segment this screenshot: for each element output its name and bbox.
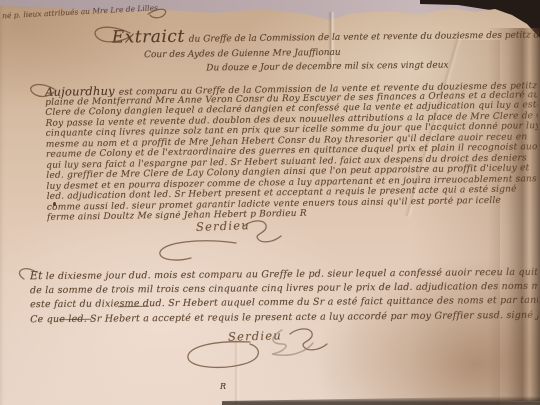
paragraph-1: Aujourdhuyest comparu au Greffe de la Co… (45, 79, 539, 223)
heading-line-2: Cour des Aydes de Guienne Mre Jauffionau (144, 45, 540, 60)
stray-ink-mark: R (220, 382, 226, 391)
ink-speck (53, 202, 56, 206)
heading-line-1: Extraictdu Greffe de la Commission de la… (112, 22, 540, 46)
manuscript-photo: né p. lieux attribués au Mre Lre de Lill… (0, 0, 540, 405)
paragraph-2: Etle dixiesme jour dud. mois est comparu… (30, 265, 538, 328)
signature-bottom: Serdieu (228, 328, 282, 343)
document-heading: Extraictdu Greffe de la Commission de la… (112, 22, 540, 74)
heading-line-1-text: du Greffe de la Commission de la vente e… (189, 29, 540, 45)
paragraph-2-initial-word: Et (30, 269, 43, 282)
paragraph-1-initial-word: Aujourdhuy (45, 84, 115, 98)
signature-middle: Serdieu (196, 218, 250, 234)
heading-initial-word: Extraict (112, 27, 185, 48)
